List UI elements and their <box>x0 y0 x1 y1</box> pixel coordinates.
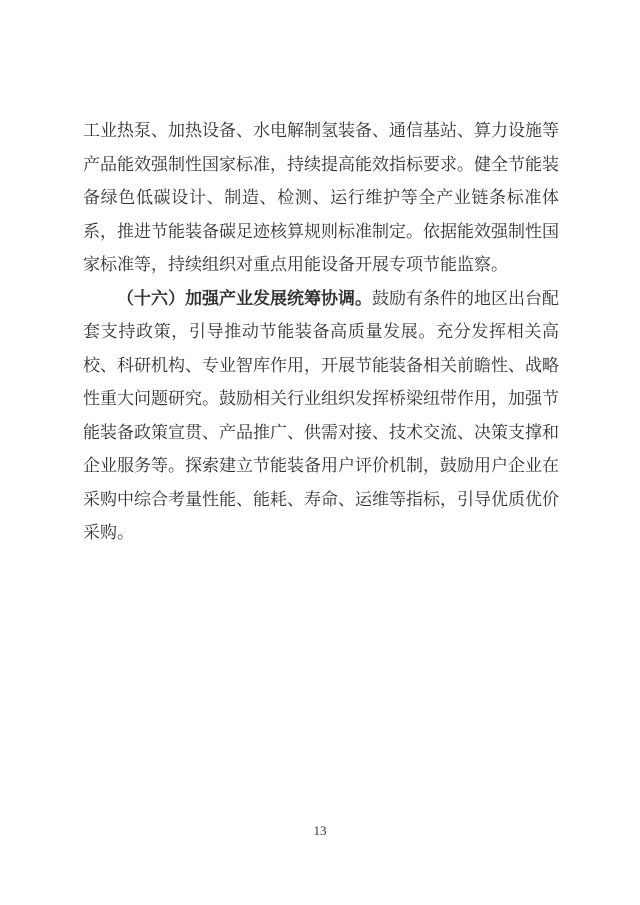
body-text: 鼓励有条件的地区出台配套支持政策，引导推动节能装备高质量发展。充分发挥相关高校、… <box>83 289 559 543</box>
body-text: 工业热泵、加热设备、水电解制氢装备、通信基站、算力设施等产品能效强制性国家标准，… <box>83 121 559 274</box>
document-page: 工业热泵、加热设备、水电解制氢装备、通信基站、算力设施等产品能效强制性国家标准，… <box>0 0 640 905</box>
text-block: 工业热泵、加热设备、水电解制氢装备、通信基站、算力设施等产品能效强制性国家标准，… <box>83 114 559 550</box>
page-number: 13 <box>0 822 640 840</box>
paragraph: 工业热泵、加热设备、水电解制氢装备、通信基站、算力设施等产品能效强制性国家标准，… <box>83 114 559 282</box>
paragraph: （十六）加强产业发展统筹协调。鼓励有条件的地区出台配套支持政策，引导推动节能装备… <box>83 282 559 550</box>
section-heading: （十六）加强产业发展统筹协调。 <box>117 289 372 308</box>
